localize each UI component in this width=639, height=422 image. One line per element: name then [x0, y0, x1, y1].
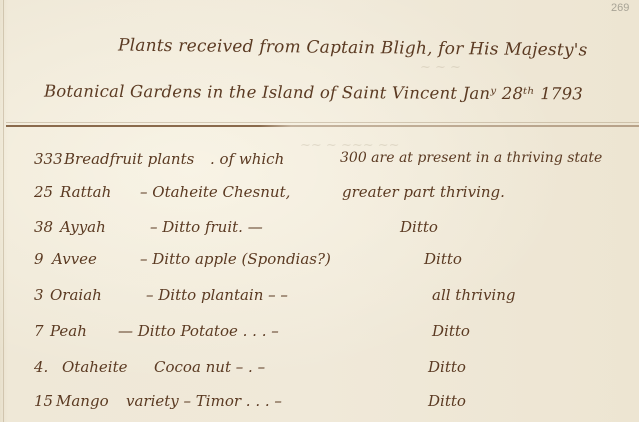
- entry-row: 333 Breadfruit plants . of which 300 are…: [0, 150, 639, 180]
- entry-quantity: 4.: [34, 358, 48, 376]
- entry-note: Ditto: [428, 358, 466, 376]
- entry-row: 9 Avvee – Ditto apple (Spondias?) Ditto: [0, 250, 639, 280]
- entry-note: 300 are at present in a thriving state: [340, 150, 602, 166]
- entry-row: 7 Peah — Ditto Potatoe . . . – Ditto: [0, 322, 639, 352]
- entry-note: Ditto: [424, 250, 462, 268]
- header-line-2: Botanical Gardens in the Island of Saint…: [44, 82, 583, 104]
- entry-name: Ayyah: [60, 218, 106, 236]
- entry-note: Ditto: [400, 218, 438, 236]
- entry-name: Oraiah: [50, 286, 102, 304]
- page-number: 269: [611, 2, 629, 14]
- entry-description: — Ditto Potatoe . . . –: [118, 322, 279, 340]
- entry-name: Otaheite: [62, 358, 128, 376]
- entry-name: Rattah: [60, 183, 111, 201]
- entry-quantity: 15: [34, 392, 53, 410]
- entry-name: Mango: [56, 392, 109, 410]
- entry-quantity: 38: [34, 218, 53, 236]
- entry-description: Cocoa nut – . –: [154, 358, 265, 376]
- entry-row: 38 Ayyah – Ditto fruit. — Ditto: [0, 218, 639, 248]
- entry-quantity: 7: [34, 322, 44, 340]
- entry-quantity: 9: [34, 250, 44, 268]
- entry-note: greater part thriving.: [342, 183, 505, 201]
- entry-name: Peah: [50, 322, 87, 340]
- entry-description: variety – Timor . . . –: [126, 392, 282, 410]
- entry-description: – Otaheite Chesnut,: [140, 183, 290, 201]
- entry-name: Breadfruit plants: [64, 150, 194, 168]
- entry-note: Ditto: [428, 392, 466, 410]
- entry-row: 25 Rattah – Otaheite Chesnut, greater pa…: [0, 183, 639, 213]
- entry-name: Avvee: [52, 250, 97, 268]
- entry-quantity: 333: [34, 150, 63, 168]
- header-rule-thin: [6, 122, 639, 123]
- entry-quantity: 25: [34, 183, 53, 201]
- entry-note: all thriving: [432, 286, 516, 304]
- entry-row: 3 Oraiah – Ditto plantain – – all thrivi…: [0, 286, 639, 316]
- manuscript-page: 269 ~ ~ ~ ~~ ~ ~~~ ~~ Plants received fr…: [0, 0, 639, 422]
- entry-description: . of which: [210, 150, 284, 168]
- entry-note: Ditto: [432, 322, 470, 340]
- entry-row: 4. Otaheite Cocoa nut – . – Ditto: [0, 358, 639, 388]
- bleed-through-text: ~ ~ ~: [420, 60, 461, 75]
- header-line-1: Plants received from Captain Bligh, for …: [118, 36, 588, 61]
- header-rule: [6, 125, 639, 127]
- entry-row: 15 Mango variety – Timor . . . – Ditto: [0, 392, 639, 422]
- entry-description: – Ditto apple (Spondias?): [140, 250, 331, 268]
- entry-description: – Ditto fruit. —: [150, 218, 263, 236]
- entry-quantity: 3: [34, 286, 44, 304]
- entry-description: – Ditto plantain – –: [146, 286, 288, 304]
